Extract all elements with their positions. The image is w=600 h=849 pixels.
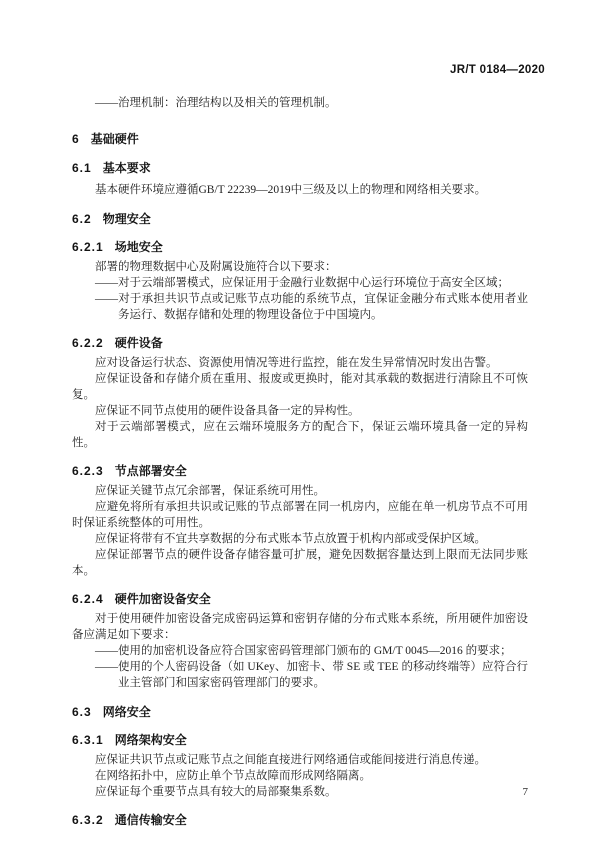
document-paragraph: 应保证关键节点冗余部署，保证系统可用性。: [72, 483, 528, 499]
document-content: ——治理机制：治理结构以及相关的管理机制。 6基础硬件 6.1基本要求 基本硬件…: [72, 95, 528, 832]
document-paragraph: 应保证共识节点或记账节点之间能直接进行网络通信或能间接进行消息传递。: [72, 752, 528, 768]
document-paragraph: 对于云端部署模式，应在云端环境服务方的配合下，保证云端环境具备一定的异构性。: [72, 419, 528, 451]
document-paragraph: 应保证部署节点的硬件设备存储容量可扩展，避免因数据容量达到上限而无法同步账本。: [72, 547, 528, 579]
heading-title: 硬件设备: [115, 336, 163, 350]
heading-title: 通信传输安全: [115, 813, 187, 827]
document-page: JR/T 0184—2020 ——治理机制：治理结构以及相关的管理机制。 6基础…: [0, 0, 600, 849]
heading-number: 6.2.4: [72, 592, 104, 606]
heading-title: 基础硬件: [91, 132, 139, 146]
heading-title: 节点部署安全: [115, 464, 187, 478]
document-paragraph: 应保证设备和存储介质在重用、报废或更换时，能对其承载的数据进行清除且不可恢复。: [72, 371, 528, 403]
heading-title: 网络架构安全: [115, 733, 187, 747]
clause-heading: 6.2.4硬件加密设备安全: [72, 591, 528, 607]
heading-title: 物理安全: [103, 212, 151, 226]
document-paragraph: 对于使用硬件加密设备完成密码运算和密钥存储的分布式账本系统，所用硬件加密设备应满…: [72, 611, 528, 643]
clause-heading: 6.3.2通信传输安全: [72, 812, 528, 828]
document-paragraph: 部署的物理数据中心及附属设施符合以下要求：: [72, 259, 528, 275]
document-paragraph: 应对设备运行状态、资源使用情况等进行监控，能在发生异常情况时发出告警。: [72, 355, 528, 371]
heading-number: 6.2.3: [72, 464, 104, 478]
heading-number: 6.3: [72, 705, 92, 719]
section-heading: 6基础硬件: [72, 131, 528, 147]
document-paragraph: 应保证将带有不宜共享数据的分布式账本节点放置于机构内部或受保护区域。: [72, 531, 528, 547]
document-paragraph: 基本硬件环境应遵循GB/T 22239—2019中三级及以上的物理和网络相关要求…: [72, 182, 528, 198]
clause-heading: 6.2.1场地安全: [72, 239, 528, 255]
subsection-heading: 6.3网络安全: [72, 704, 528, 720]
heading-number: 6.2: [72, 212, 92, 226]
heading-number: 6.1: [72, 161, 92, 175]
list-item-dash: ——使用的个人密码设备（如 UKey、加密卡、带 SE 或 TEE 的移动终端等…: [72, 659, 528, 691]
document-paragraph: 应保证不同节点使用的硬件设备具备一定的异构性。: [72, 403, 528, 419]
clause-heading: 6.3.1网络架构安全: [72, 732, 528, 748]
document-paragraph: 应保证每个重要节点具有较大的局部聚集系数。: [72, 784, 528, 800]
list-item-dash: ——使用的加密机设备应符合国家密码管理部门颁布的 GM/T 0045—2016 …: [72, 643, 528, 659]
clause-heading: 6.2.3节点部署安全: [72, 463, 528, 479]
subsection-heading: 6.2物理安全: [72, 211, 528, 227]
heading-number: 6.2.2: [72, 336, 104, 350]
clause-heading: 6.2.2硬件设备: [72, 335, 528, 351]
standard-code-header: JR/T 0184—2020: [450, 64, 545, 76]
document-paragraph: 应避免将所有承担共识或记账的节点部署在同一机房内，应能在单一机房节点不可用时保证…: [72, 499, 528, 531]
subsection-heading: 6.1基本要求: [72, 160, 528, 176]
heading-number: 6: [72, 132, 80, 146]
heading-title: 基本要求: [103, 161, 151, 175]
heading-title: 网络安全: [103, 705, 151, 719]
document-paragraph: 在网络拓扑中，应防止单个节点故障而形成网络隔离。: [72, 768, 528, 784]
heading-number: 6.2.1: [72, 240, 104, 254]
heading-title: 硬件加密设备安全: [115, 592, 211, 606]
list-item-dash: ——对于承担共识节点或记账节点功能的系统节点，宜保证金融分布式账本使用者业务运行…: [72, 291, 528, 323]
heading-title: 场地安全: [115, 240, 163, 254]
heading-number: 6.3.1: [72, 733, 104, 747]
list-item-dash: ——对于云端部署模式，应保证用于金融行业数据中心运行环境位于高安全区域；: [72, 275, 528, 291]
heading-number: 6.3.2: [72, 813, 104, 827]
page-number: 7: [523, 786, 529, 798]
list-item-dash: ——治理机制：治理结构以及相关的管理机制。: [72, 95, 528, 111]
